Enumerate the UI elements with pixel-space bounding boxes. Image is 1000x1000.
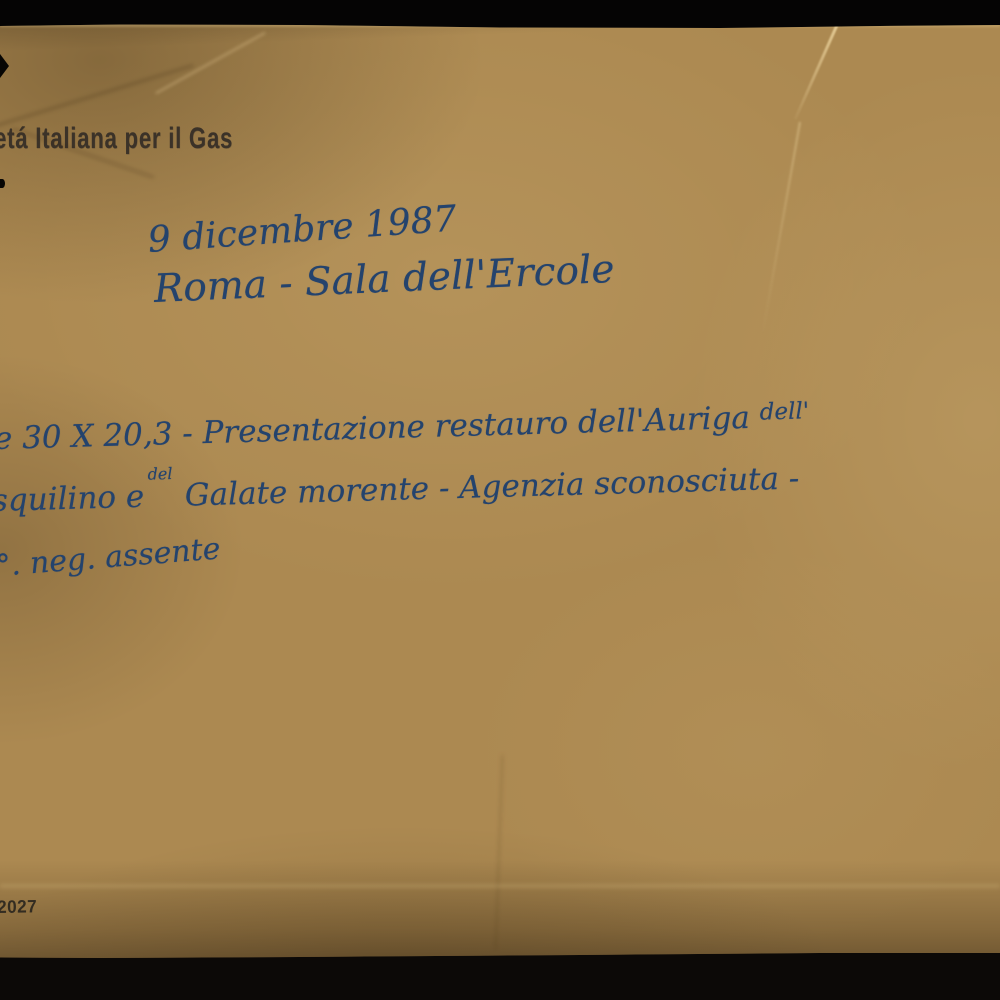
envelope-front: etá Italiana per il Gas 9 dicembre 1987 … [0, 0, 1000, 1000]
torn-edge-notch [0, 54, 9, 78]
paper-crease-right-faint [762, 122, 801, 334]
torn-edge-nick [0, 179, 5, 188]
note-line1-text: e 30 X 20,3 - Presentazione restauro del… [0, 400, 750, 457]
serial-number: 2027 [0, 896, 37, 918]
handwritten-date: 9 dicembre 1987 [147, 198, 458, 260]
paper-crease-top-right [794, 23, 839, 119]
bottom-fold-highlight [0, 884, 1000, 888]
note-line1-small-word: dell' [759, 398, 809, 425]
photograph: etá Italiana per il Gas 9 dicembre 1987 … [0, 0, 1000, 1000]
note-line2-inserted-word: del [147, 464, 172, 484]
paper-crease-top-left-1 [0, 64, 194, 127]
handwritten-note-line1: e 30 X 20,3 - Presentazione restauro del… [0, 398, 810, 457]
note-line2-end-text: Galate morente - Agenzia sconosciuta - [175, 460, 800, 513]
paper-crease-bottom-center [495, 755, 504, 950]
printed-header-text: etá Italiana per il Gas [0, 122, 233, 156]
note-line2-start-text: squilino e [0, 479, 145, 519]
paper-crease-top-left-3 [155, 32, 265, 94]
handwritten-note-line3: °. neg. assente [0, 531, 222, 584]
handwritten-place-line: Roma - Sala dell'Ercole [153, 247, 615, 312]
handwritten-note-line2: squilino edel Galate morente - Agenzia s… [0, 460, 800, 519]
